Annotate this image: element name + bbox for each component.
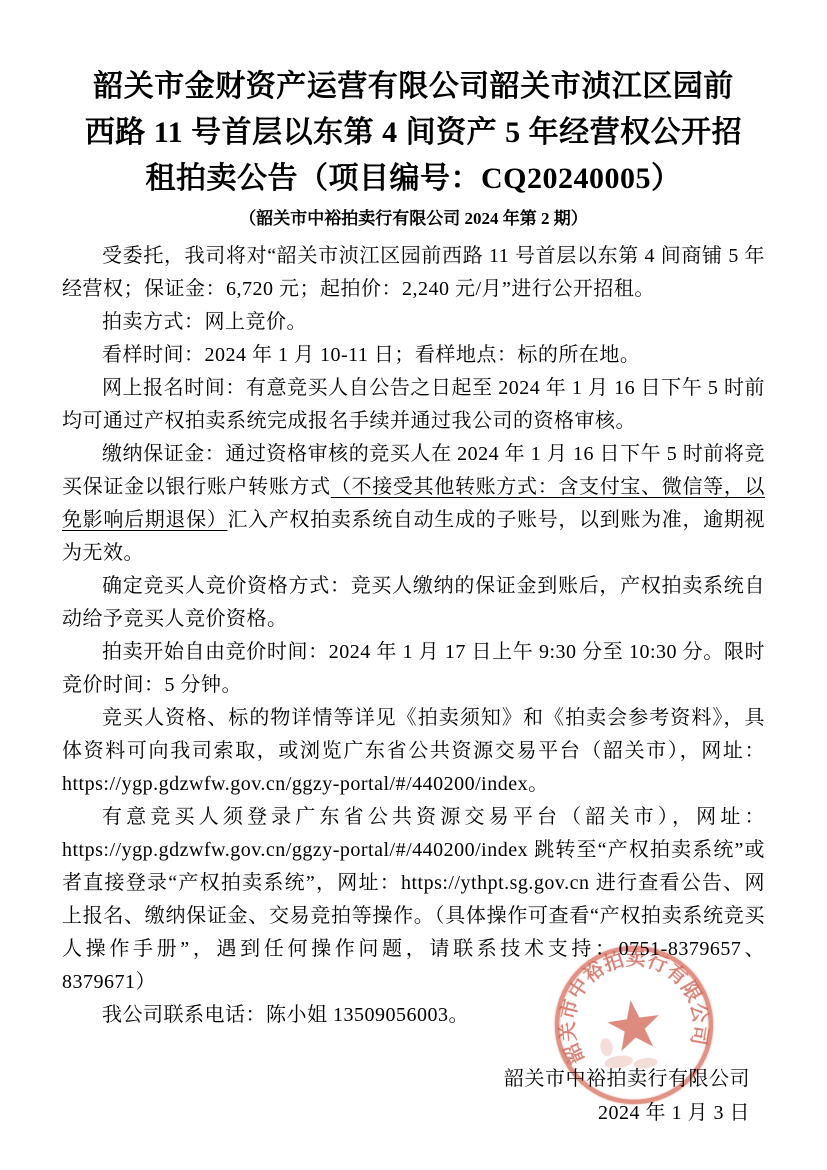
title-line-2: 西路 11 号首层以东第 4 间资产 5 年经营权公开招: [62, 110, 765, 156]
auction-notice-document: 韶关市金财资产运营有限公司韶关市浈江区园前 西路 11 号首层以东第 4 间资产…: [0, 0, 827, 1170]
paragraph-bidding-time: 拍卖开始自由竞价时间：2024 年 1 月 17 日上午 9:30 分至 10:…: [62, 636, 765, 702]
paragraph-viewing-time: 看样时间：2024 年 1 月 10-11 日；看样地点：标的所在地。: [62, 339, 765, 372]
paragraph-login-instructions: 有意竞买人须登录广东省公共资源交易平台（韶关市），网址：https://ygp.…: [62, 801, 765, 999]
paragraph-contact-phone: 我公司联系电话：陈小姐 13509056003。: [62, 999, 765, 1032]
document-title: 韶关市金财资产运营有限公司韶关市浈江区园前 西路 11 号首层以东第 4 间资产…: [62, 64, 765, 202]
title-line-1: 韶关市金财资产运营有限公司韶关市浈江区园前: [62, 64, 765, 110]
signature-block: 韶关市中裕拍卖行有限公司 2024 年 1 月 3 日: [62, 1062, 765, 1130]
title-line-3: 租拍卖公告（项目编号：CQ20240005）: [62, 156, 765, 202]
paragraph-auction-method: 拍卖方式：网上竞价。: [62, 306, 765, 339]
paragraph-deposit-payment: 缴纳保证金：通过资格审核的竞买人在 2024 年 1 月 16 日下午 5 时前…: [62, 438, 765, 570]
signature-company: 韶关市中裕拍卖行有限公司: [62, 1062, 750, 1096]
signature-date: 2024 年 1 月 3 日: [62, 1096, 750, 1130]
paragraph-entrustment: 受委托，我司将对“韶关市浈江区园前西路 11 号首层以东第 4 间商铺 5 年经…: [62, 240, 765, 306]
document-body: 受委托，我司将对“韶关市浈江区园前西路 11 号首层以东第 4 间商铺 5 年经…: [62, 240, 765, 1032]
paragraph-registration-time: 网上报名时间：有意竞买人自公告之日起至 2024 年 1 月 16 日下午 5 …: [62, 372, 765, 438]
document-subtitle: （韶关市中裕拍卖行有限公司 2024 年第 2 期）: [62, 202, 765, 236]
paragraph-qualification: 确定竞买人竞价资格方式：竞买人缴纳的保证金到账后，产权拍卖系统自动给予竞买人竞价…: [62, 570, 765, 636]
paragraph-materials-platform: 竞买人资格、标的物详情等详见《拍卖须知》和《拍卖会参考资料》，具体资料可向我司索…: [62, 702, 765, 801]
